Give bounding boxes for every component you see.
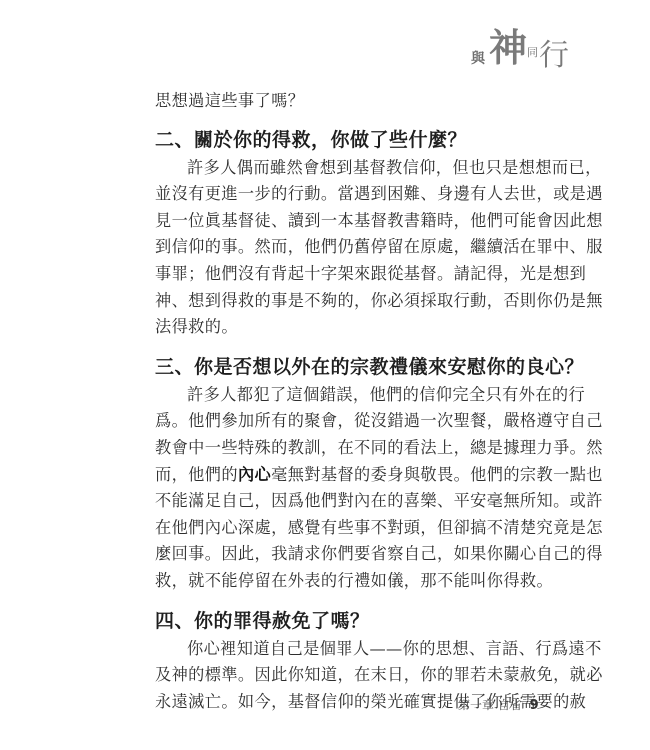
paragraph-line: 在他們內心深處，感覺有些事不對頭，但卻搞不清楚究竟是怎 (155, 515, 535, 542)
paragraph-line: 麼回事。因此，我請求你們要省察自己，如果你關心自己的得 (155, 541, 535, 568)
logo-char-xing: 行 (539, 40, 569, 72)
page-body: 思想過這些事了嗎？ 二、關於你的得救，你做了些什麼？ 許多人偶而雖然會想到基督教… (155, 88, 535, 715)
paragraph-line: 及神的標準。因此你知道，在末日，你的罪若未蒙赦免，就必 (155, 662, 535, 689)
paragraph-line: 你心裡知道自己是個罪人——你的思想、言語、行爲遠不 (155, 636, 535, 663)
section-heading-2: 二、關於你的得救，你做了些什麼？ (155, 126, 535, 154)
logo-char-yu: 與 (471, 48, 485, 68)
paragraph-line: 到信仰的事。然而，他們仍舊停留在原處，繼續活在罪中、服 (155, 234, 535, 261)
paragraph-line: 法得救的。 (155, 314, 535, 341)
chapter-label: 第一章 自省 (458, 698, 522, 712)
paragraph-line: 爲。他們參加所有的聚會，從沒錯過一次聖餐，嚴格遵守自己 (155, 408, 535, 435)
paragraph-line: 教會中一些特殊的教訓，在不同的看法上，總是據理力爭。然 (155, 435, 535, 462)
book-title-logo: 與 神 同 行 (465, 26, 575, 82)
section-heading-3: 三、你是否想以外在的宗教禮儀來安慰你的良心？ (155, 353, 535, 381)
logo-char-tong: 同 (527, 44, 538, 60)
text-run: 而，他們的 (155, 465, 238, 484)
page-footer: 第一章 自省 9 (458, 696, 539, 713)
emphasis-text: 內心 (238, 465, 271, 484)
intro-line: 思想過這些事了嗎？ (155, 88, 535, 115)
paragraph-line-emphasis: 而，他們的內心毫無對基督的委身與敬畏。他們的宗教一點也 (155, 462, 535, 489)
text-run: 毫無對基督的委身與敬畏。他們的宗教一點也 (271, 465, 603, 484)
paragraph-line: 事罪；他們沒有背起十字架來跟從基督。請記得，光是想到 (155, 261, 535, 288)
paragraph-line: 救，就不能停留在外表的行禮如儀，那不能叫你得救。 (155, 568, 535, 595)
paragraph-line: 許多人都犯了這個錯誤，他們的信仰完全只有外在的行 (155, 382, 535, 409)
section-heading-4: 四、你的罪得赦免了嗎？ (155, 607, 535, 635)
logo-char-shen: 神 (489, 28, 527, 68)
paragraph-line: 不能滿足自己，因爲他們對內在的喜樂、平安毫無所知。或許 (155, 488, 535, 515)
paragraph-line: 見一位眞基督徒、讀到一本基督教書籍時，他們可能會因此想 (155, 208, 535, 235)
paragraph-line: 神、想到得救的事是不夠的，你必須採取行動，否則你仍是無 (155, 288, 535, 315)
paragraph-line: 並沒有更進一步的行動。當遇到困難、身邊有人去世，或是遇 (155, 181, 535, 208)
page-number: 9 (530, 698, 539, 713)
paragraph-line: 許多人偶而雖然會想到基督教信仰，但也只是想想而已， (155, 155, 535, 182)
